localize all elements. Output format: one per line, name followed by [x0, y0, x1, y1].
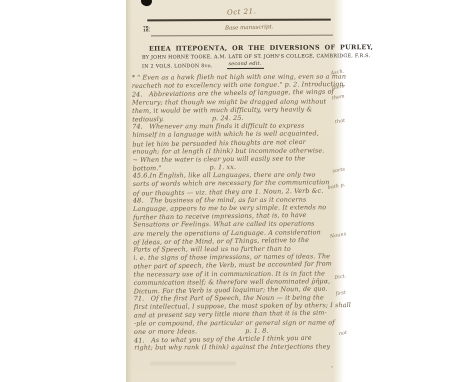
margin-note: not [338, 330, 348, 339]
date-annotation: Oct 21. [227, 7, 257, 17]
shelfmark-stamp: 78. 18. [143, 26, 150, 32]
margin-note: them [332, 93, 346, 103]
page-reference: p. 1. 8. [245, 327, 268, 335]
margin-note: Nouns [329, 231, 346, 242]
title-line-2: BY JOHN HORNE TOOKE, A.M. LATE OF ST. JO… [142, 53, 344, 60]
margin-note: first [336, 290, 348, 300]
line-text: one or more Ideas. [134, 327, 197, 336]
title-line-1: ΕΠΕΑ ΠΤΕΡΟΕΝΤΑ, OR THE DIVERSIONS OF PUR… [149, 43, 344, 52]
header-rule [151, 35, 333, 37]
entry-number: 48. [133, 196, 150, 204]
ink-blot [140, 0, 153, 7]
owner-annotation: Base manuscript. [225, 24, 274, 31]
manuscript-line: right; but why rank (I think) against th… [134, 343, 338, 352]
manuscript-lines: * " Even as a hawk flieth not high with … [132, 72, 338, 352]
margin-note: Dict. [334, 273, 347, 283]
title-underlined-note: second edit. [226, 61, 263, 69]
entry-number: 45.6. [133, 172, 150, 180]
top-rule [147, 19, 331, 22]
title-line-3-prefix: IN 2 VOLS. LONDON 8vo. [142, 63, 213, 69]
smudge-mark [150, 362, 236, 365]
footer-mark: ’ [331, 366, 333, 373]
printed-title-block: ΕΠΕΑ ΠΤΕΡΟΕΝΤΑ, OR THE DIVERSIONS OF PUR… [126, 44, 344, 69]
title-line-3: IN 2 VOLS. LONDON 8vo. second edit. [142, 61, 344, 70]
line-text: right; but why rank (I think) against th… [134, 343, 330, 352]
book-page: Oct 21. 78. 18. Base manuscript. ΕΠΕΑ ΠΤ… [126, 0, 344, 382]
entry-number: 71. [134, 295, 151, 303]
entry-number: 74. [132, 123, 149, 131]
margin-note: that [334, 118, 345, 128]
shelfmark-line-2: 18. [143, 29, 150, 32]
photo-background: Oct 21. 78. 18. Base manuscript. ΕΠΕΑ ΠΤ… [0, 0, 468, 382]
margin-note: sorts [332, 167, 346, 177]
